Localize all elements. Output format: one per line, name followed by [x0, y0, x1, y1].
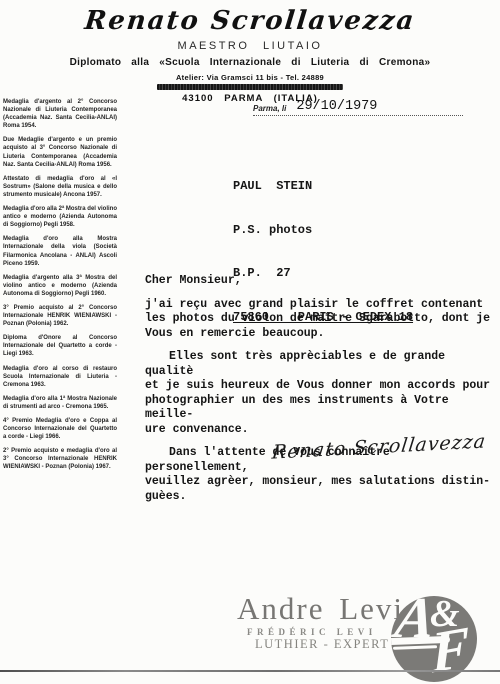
letter-page: Renato Scrollavezza MAESTRO LIUTAIO Dipl… [0, 0, 500, 684]
footer-rule [0, 670, 500, 672]
letter-body: Cher Monsieur, j'ai reçu avec grand plai… [145, 274, 497, 504]
redacted-separator [157, 84, 343, 90]
credential-item: Medaglia d'oro al corso di restauro Scuo… [3, 365, 117, 389]
dateline: Parma, li 29/10/1979 [253, 99, 463, 116]
credential-item: Medaglia d'argento al 2° Concorso Nazion… [3, 98, 117, 130]
letterhead-diploma: Diplomato alla «Scuola Internazionale di… [0, 57, 500, 68]
recipient-name: PAUL STEIN [233, 179, 413, 194]
paragraph-1: j'ai reçu avec grand plaisir le coffret … [145, 298, 497, 342]
credential-item: Due Medaglie d'argento e un premio acqui… [3, 136, 117, 168]
recipient-company: P.S. photos [233, 223, 413, 238]
watermark-subname: FRÉDÉRIC LEVI [247, 627, 377, 637]
credential-item: Attestato di medaglia d'oro al «I Sostru… [3, 175, 117, 199]
credential-item: Medaglia d'oro alla 2ª Mostra del violin… [3, 205, 117, 229]
dateline-label: Parma, li [253, 104, 286, 114]
credential-item: Diploma d'Onore al Concorso Internaziona… [3, 334, 117, 358]
credential-item: Medaglia d'oro alla Mostra Internazional… [3, 235, 117, 267]
letterhead: Renato Scrollavezza MAESTRO LIUTAIO Dipl… [0, 6, 500, 104]
letterhead-atelier: Atelier: Via Gramsci 11 bis - Tel. 24889 [0, 73, 500, 82]
watermark-name: Andre Levi [237, 591, 404, 627]
credential-item: Medaglia d'oro alla 1ª Mostra Nazionale … [3, 395, 117, 411]
credential-item: 2° Premio acquisto e medaglia d'oro al 3… [3, 447, 117, 471]
letterhead-title: MAESTRO LIUTAIO [0, 40, 500, 52]
credential-item: 3° Premio acquisto al 2° Concorso Intern… [3, 304, 117, 328]
letterhead-name: Renato Scrollavezza [0, 6, 500, 36]
credential-item: 4° Premio Medaglia d'oro e Coppa al Conc… [3, 417, 117, 441]
paragraph-2: Elles sont très apprèciables e de grande… [145, 350, 497, 437]
salutation: Cher Monsieur, [145, 274, 497, 289]
dateline-date: 29/10/1979 [296, 99, 377, 114]
watermark-role: LUTHIER - EXPERT [255, 637, 389, 652]
credentials-sidebar: Medaglia d'argento al 2° Concorso Nazion… [3, 98, 117, 478]
credential-item: Medaglia d'argento alla 3ª Mostra del vi… [3, 274, 117, 298]
